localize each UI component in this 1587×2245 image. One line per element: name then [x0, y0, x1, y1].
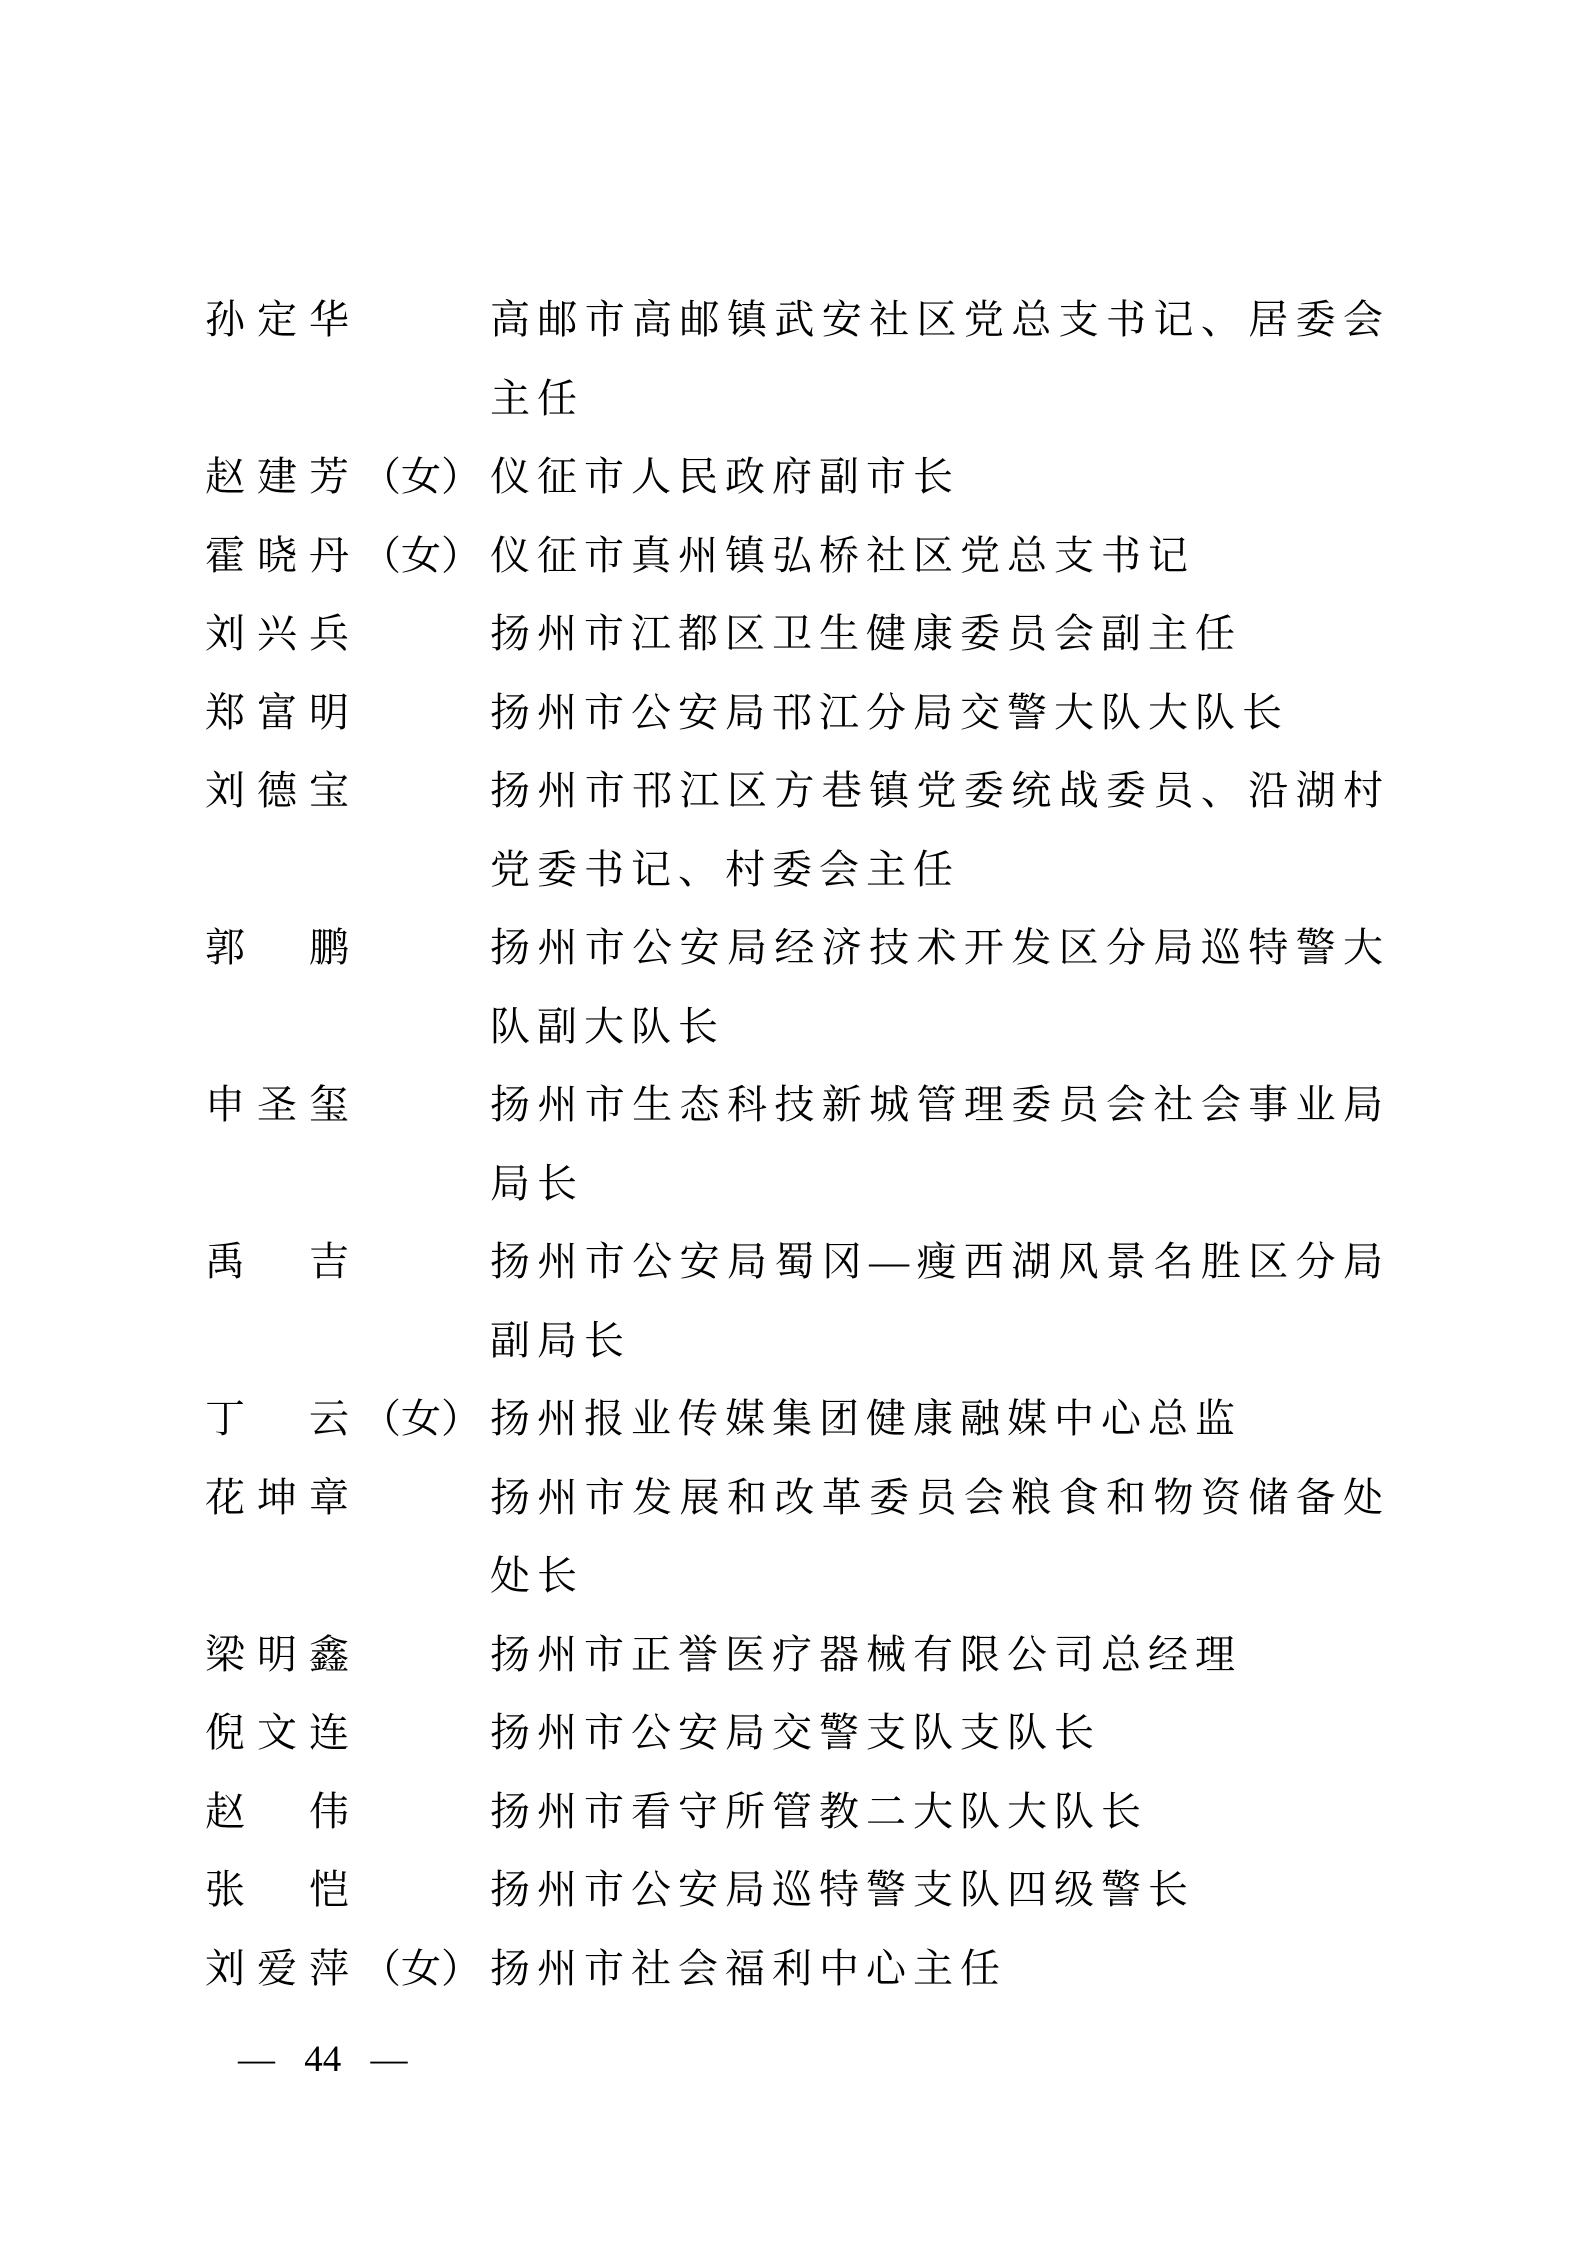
person-name: 梁明鑫	[205, 1632, 361, 1677]
gender-note: （女）	[361, 454, 481, 499]
gender-note: （女）	[361, 1396, 481, 1441]
person-name-cell: 梁明鑫	[205, 1616, 490, 1695]
person-name: 刘德宝	[205, 768, 361, 813]
honor-list-entry: 霍晓丹（女） 仪征市真州镇弘桥社区党总支书记	[205, 517, 1395, 596]
gender-note: （女）	[361, 533, 481, 578]
person-name: 孙定华	[205, 297, 361, 342]
person-name: 申圣玺	[205, 1082, 361, 1127]
person-name-cell: 霍晓丹（女）	[205, 517, 490, 596]
person-position: 扬州市公安局邗江分局交警大队大队长	[490, 674, 1390, 753]
person-position: 扬州市生态科技新城管理委员会社会事业局局长	[490, 1066, 1390, 1223]
person-position: 扬州市看守所管教二大队大队长	[490, 1773, 1390, 1852]
person-name-cell: 刘德宝	[205, 752, 490, 831]
honor-list-entry: 刘爱萍（女） 扬州市社会福利中心主任	[205, 1930, 1395, 2009]
honor-list-entry: 赵建芳（女） 仪征市人民政府副市长	[205, 438, 1395, 517]
person-name-cell: 花坤章	[205, 1459, 490, 1538]
honor-list-entry: 花坤章 扬州市发展和改革委员会粮食和物资储备处处长	[205, 1459, 1395, 1616]
person-position: 扬州市发展和改革委员会粮食和物资储备处处长	[490, 1459, 1390, 1616]
person-name: 花坤章	[205, 1475, 361, 1520]
person-name-cell: 丁 云（女）	[205, 1380, 490, 1459]
person-position: 高邮市高邮镇武安社区党总支书记、居委会主任	[490, 281, 1390, 438]
person-name: 霍晓丹	[205, 533, 361, 578]
person-name-cell: 赵建芳（女）	[205, 438, 490, 517]
person-name: 郭 鹏	[205, 925, 361, 970]
honor-list-entry: 梁明鑫 扬州市正誉医疗器械有限公司总经理	[205, 1616, 1395, 1695]
person-name-cell: 刘爱萍（女）	[205, 1930, 490, 2009]
person-position: 扬州市公安局巡特警支队四级警长	[490, 1851, 1390, 1930]
person-name-cell: 孙定华	[205, 281, 490, 360]
honor-list-entry: 丁 云（女） 扬州报业传媒集团健康融媒中心总监	[205, 1380, 1395, 1459]
person-name-cell: 张 恺	[205, 1851, 490, 1930]
person-position: 扬州市邗江区方巷镇党委统战委员、沿湖村党委书记、村委会主任	[490, 752, 1390, 909]
honor-list: 孙定华 高邮市高邮镇武安社区党总支书记、居委会主任 赵建芳（女） 仪征市人民政府…	[205, 281, 1395, 2008]
person-name-cell: 倪文连	[205, 1694, 490, 1773]
person-name: 刘兴兵	[205, 611, 361, 656]
person-position: 扬州市公安局经济技术开发区分局巡特警大队副大队长	[490, 909, 1390, 1066]
honor-list-entry: 倪文连 扬州市公安局交警支队支队长	[205, 1694, 1395, 1773]
person-position: 扬州市正誉医疗器械有限公司总经理	[490, 1616, 1390, 1695]
honor-list-entry: 郭 鹏 扬州市公安局经济技术开发区分局巡特警大队副大队长	[205, 909, 1395, 1066]
person-position: 扬州报业传媒集团健康融媒中心总监	[490, 1380, 1390, 1459]
honor-list-entry: 禹 吉 扬州市公安局蜀冈—瘦西湖风景名胜区分局副局长	[205, 1223, 1395, 1380]
honor-list-entry: 刘兴兵 扬州市江都区卫生健康委员会副主任	[205, 595, 1395, 674]
person-name: 赵 伟	[205, 1789, 361, 1834]
person-name: 禹 吉	[205, 1239, 361, 1284]
honor-list-entry: 郑富明 扬州市公安局邗江分局交警大队大队长	[205, 674, 1395, 753]
honor-list-entry: 张 恺 扬州市公安局巡特警支队四级警长	[205, 1851, 1395, 1930]
page-footer: — 44 —	[238, 2038, 408, 2082]
person-position: 仪征市真州镇弘桥社区党总支书记	[490, 517, 1390, 596]
person-position: 扬州市社会福利中心主任	[490, 1930, 1390, 2009]
person-name-cell: 赵 伟	[205, 1773, 490, 1852]
person-name: 郑富明	[205, 690, 361, 735]
person-name-cell: 郑富明	[205, 674, 490, 753]
honor-list-entry: 孙定华 高邮市高邮镇武安社区党总支书记、居委会主任	[205, 281, 1395, 438]
person-name: 赵建芳	[205, 454, 361, 499]
person-name-cell: 申圣玺	[205, 1066, 490, 1145]
gender-note: （女）	[361, 1946, 481, 1991]
person-name-cell: 刘兴兵	[205, 595, 490, 674]
person-position: 扬州市公安局交警支队支队长	[490, 1694, 1390, 1773]
person-name-cell: 禹 吉	[205, 1223, 490, 1302]
honor-list-entry: 申圣玺 扬州市生态科技新城管理委员会社会事业局局长	[205, 1066, 1395, 1223]
honor-list-entry: 刘德宝 扬州市邗江区方巷镇党委统战委员、沿湖村党委书记、村委会主任	[205, 752, 1395, 909]
person-name: 张 恺	[205, 1867, 361, 1912]
person-position: 扬州市江都区卫生健康委员会副主任	[490, 595, 1390, 674]
person-name: 刘爱萍	[205, 1946, 361, 1991]
person-name: 丁 云	[205, 1396, 361, 1441]
honor-list-entry: 赵 伟 扬州市看守所管教二大队大队长	[205, 1773, 1395, 1852]
person-position: 仪征市人民政府副市长	[490, 438, 1390, 517]
person-name: 倪文连	[205, 1710, 361, 1755]
person-name-cell: 郭 鹏	[205, 909, 490, 988]
person-position: 扬州市公安局蜀冈—瘦西湖风景名胜区分局副局长	[490, 1223, 1390, 1380]
document-page: 孙定华 高邮市高邮镇武安社区党总支书记、居委会主任 赵建芳（女） 仪征市人民政府…	[0, 0, 1587, 2245]
page-number: — 44 —	[238, 2039, 408, 2080]
